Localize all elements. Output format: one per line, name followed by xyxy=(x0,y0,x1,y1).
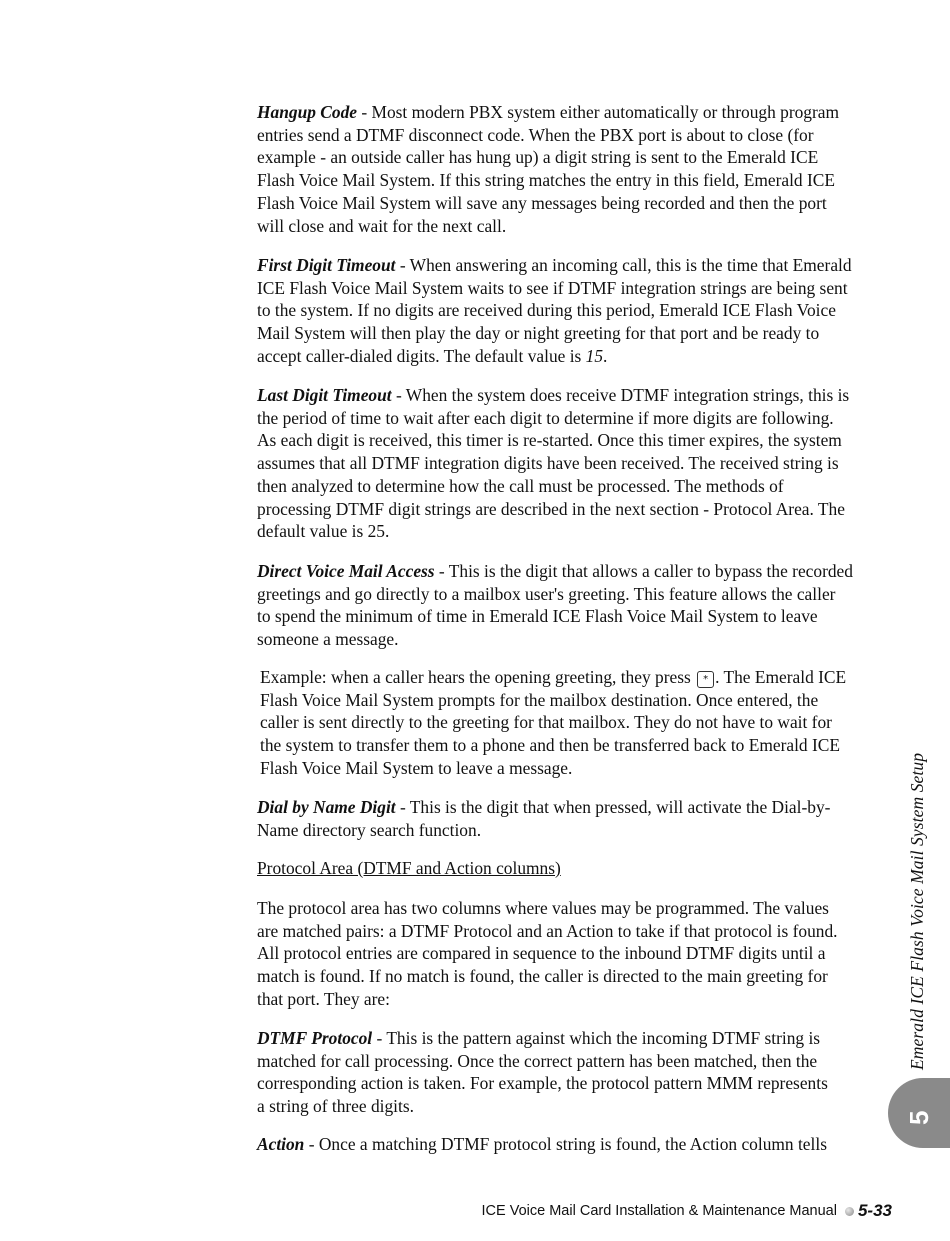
term-dial-by-name-digit: Dial by Name Digit xyxy=(257,797,396,817)
paragraph-dial-by-name-digit: Dial by Name Digit - This is the digit t… xyxy=(257,796,830,841)
page-footer: ICE Voice Mail Card Installation & Maint… xyxy=(482,1201,892,1221)
section-heading-protocol-area: Protocol Area (DTMF and Action columns) xyxy=(257,857,561,880)
chapter-number: 5 xyxy=(906,1111,932,1125)
paragraph-protocol-intro: The protocol area has two columns where … xyxy=(257,897,838,1011)
paragraph-example: Example: when a caller hears the opening… xyxy=(260,666,846,780)
term-direct-voice-mail-access: Direct Voice Mail Access xyxy=(257,561,435,581)
term-first-digit-timeout: First Digit Timeout xyxy=(257,255,396,275)
page-number: 5-33 xyxy=(858,1201,892,1221)
bullet-icon xyxy=(845,1207,854,1216)
term-hangup-code: Hangup Code xyxy=(257,102,357,122)
paragraph-last-digit-timeout: Last Digit Timeout - When the system doe… xyxy=(257,384,849,543)
paragraph-direct-voice-mail-access: Direct Voice Mail Access - This is the d… xyxy=(257,560,853,651)
default-value-last-digit: 25 xyxy=(368,521,385,541)
paragraph-first-digit-timeout: First Digit Timeout - When answering an … xyxy=(257,254,852,368)
star-key-icon: * xyxy=(697,671,714,688)
paragraph-dtmf-protocol: DTMF Protocol - This is the pattern agai… xyxy=(257,1027,828,1118)
term-action: Action xyxy=(257,1134,304,1154)
chapter-side-title: Emerald ICE Flash Voice Mail System Setu… xyxy=(907,753,928,1070)
term-dtmf-protocol: DTMF Protocol xyxy=(257,1028,372,1048)
default-value-first-digit: 15 xyxy=(586,346,603,366)
footer-manual-title: ICE Voice Mail Card Installation & Maint… xyxy=(482,1203,837,1219)
paragraph-hangup-code: Hangup Code - Most modern PBX system eit… xyxy=(257,101,839,237)
paragraph-action: Action - Once a matching DTMF protocol s… xyxy=(257,1133,827,1156)
term-last-digit-timeout: Last Digit Timeout xyxy=(257,385,392,405)
